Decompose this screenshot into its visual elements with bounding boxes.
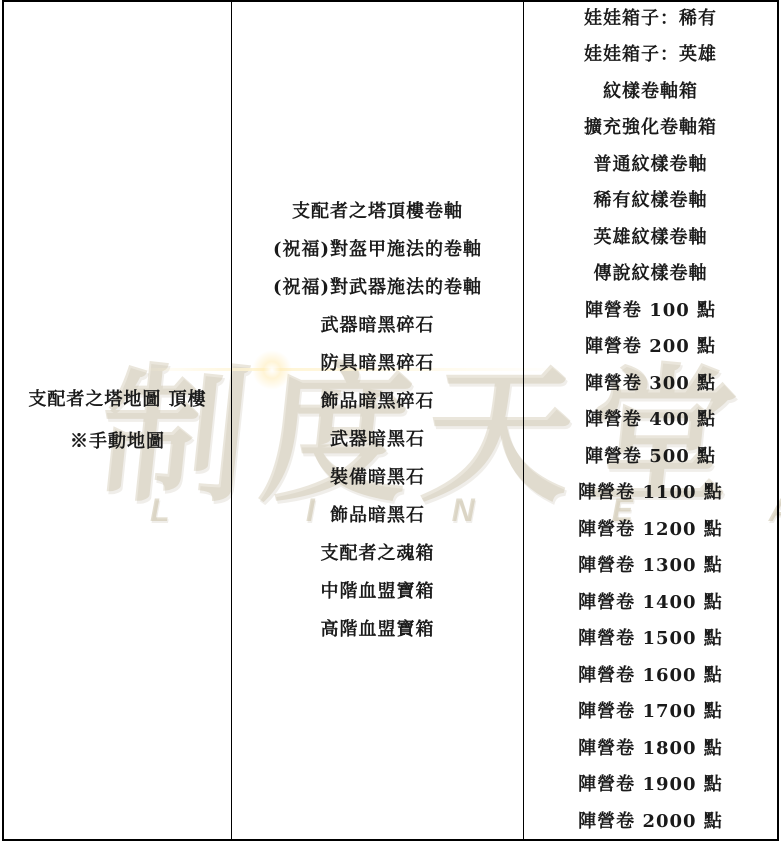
drop-item: 陣營卷 1700 點 <box>578 694 723 731</box>
drop-item: 擴充強化卷軸箱 <box>584 110 717 147</box>
drop-item: 陣營卷 100 點 <box>585 293 716 330</box>
drop-item: 高階血盟寶箱 <box>321 611 435 649</box>
drop-table: 支配者之塔地圖 頂樓※手動地圖 支配者之塔頂樓卷軸(祝福)對盔甲施法的卷軸(祝福… <box>2 0 779 841</box>
drop-item: 支配者之塔頂樓卷軸 <box>292 193 463 231</box>
drop-item: 紋樣卷軸箱 <box>603 74 698 111</box>
drop-item: 陣營卷 200 點 <box>585 329 716 366</box>
drop-item: 支配者之魂箱 <box>321 535 435 573</box>
drop-item: 防具暗黑碎石 <box>321 345 435 383</box>
drop-item: 陣營卷 1200 點 <box>578 512 723 549</box>
drop-item: 陣營卷 500 點 <box>585 439 716 476</box>
drop-item: 陣營卷 400 點 <box>585 402 716 439</box>
map-name-cell: 支配者之塔地圖 頂樓※手動地圖 <box>4 2 232 839</box>
drop-item: 普通紋樣卷軸 <box>594 147 708 184</box>
drop-item: 裝備暗黑石 <box>330 459 425 497</box>
map-name-line: ※手動地圖 <box>70 421 165 463</box>
drop-item: 陣營卷 1500 點 <box>578 621 723 658</box>
drop-item: 傳說紋樣卷軸 <box>594 256 708 293</box>
drop-item: 陣營卷 1900 點 <box>578 767 723 804</box>
drop-item: 陣營卷 1400 點 <box>578 585 723 622</box>
drop-item: 陣營卷 2000 點 <box>578 804 723 839</box>
drop-item: 陣營卷 1300 點 <box>578 548 723 585</box>
drop-item: (祝福)對盔甲施法的卷軸 <box>273 231 482 269</box>
map-name-line: 支配者之塔地圖 頂樓 <box>28 379 206 421</box>
drop-item: (祝福)對武器施法的卷軸 <box>273 269 482 307</box>
drop-item: 武器暗黑碎石 <box>321 307 435 345</box>
main-drop-list-cell: 支配者之塔頂樓卷軸(祝福)對盔甲施法的卷軸(祝福)對武器施法的卷軸武器暗黑碎石防… <box>232 2 524 839</box>
drop-item: 中階血盟寶箱 <box>321 573 435 611</box>
drop-item: 飾品暗黑石 <box>330 497 425 535</box>
extra-drop-list-cell: 娃娃箱子：稀有娃娃箱子：英雄紋樣卷軸箱擴充強化卷軸箱普通紋樣卷軸稀有紋樣卷軸英雄… <box>524 2 777 839</box>
drop-item: 陣營卷 300 點 <box>585 366 716 403</box>
drop-item: 稀有紋樣卷軸 <box>594 183 708 220</box>
drop-item: 陣營卷 1800 點 <box>578 731 723 768</box>
drop-item: 陣營卷 1100 點 <box>578 475 723 512</box>
drop-item: 娃娃箱子：英雄 <box>584 37 717 74</box>
drop-item: 英雄紋樣卷軸 <box>594 220 708 257</box>
drop-item: 武器暗黑石 <box>330 421 425 459</box>
drop-item: 娃娃箱子：稀有 <box>584 2 717 37</box>
drop-item: 飾品暗黑碎石 <box>321 383 435 421</box>
drop-item: 陣營卷 1600 點 <box>578 658 723 695</box>
